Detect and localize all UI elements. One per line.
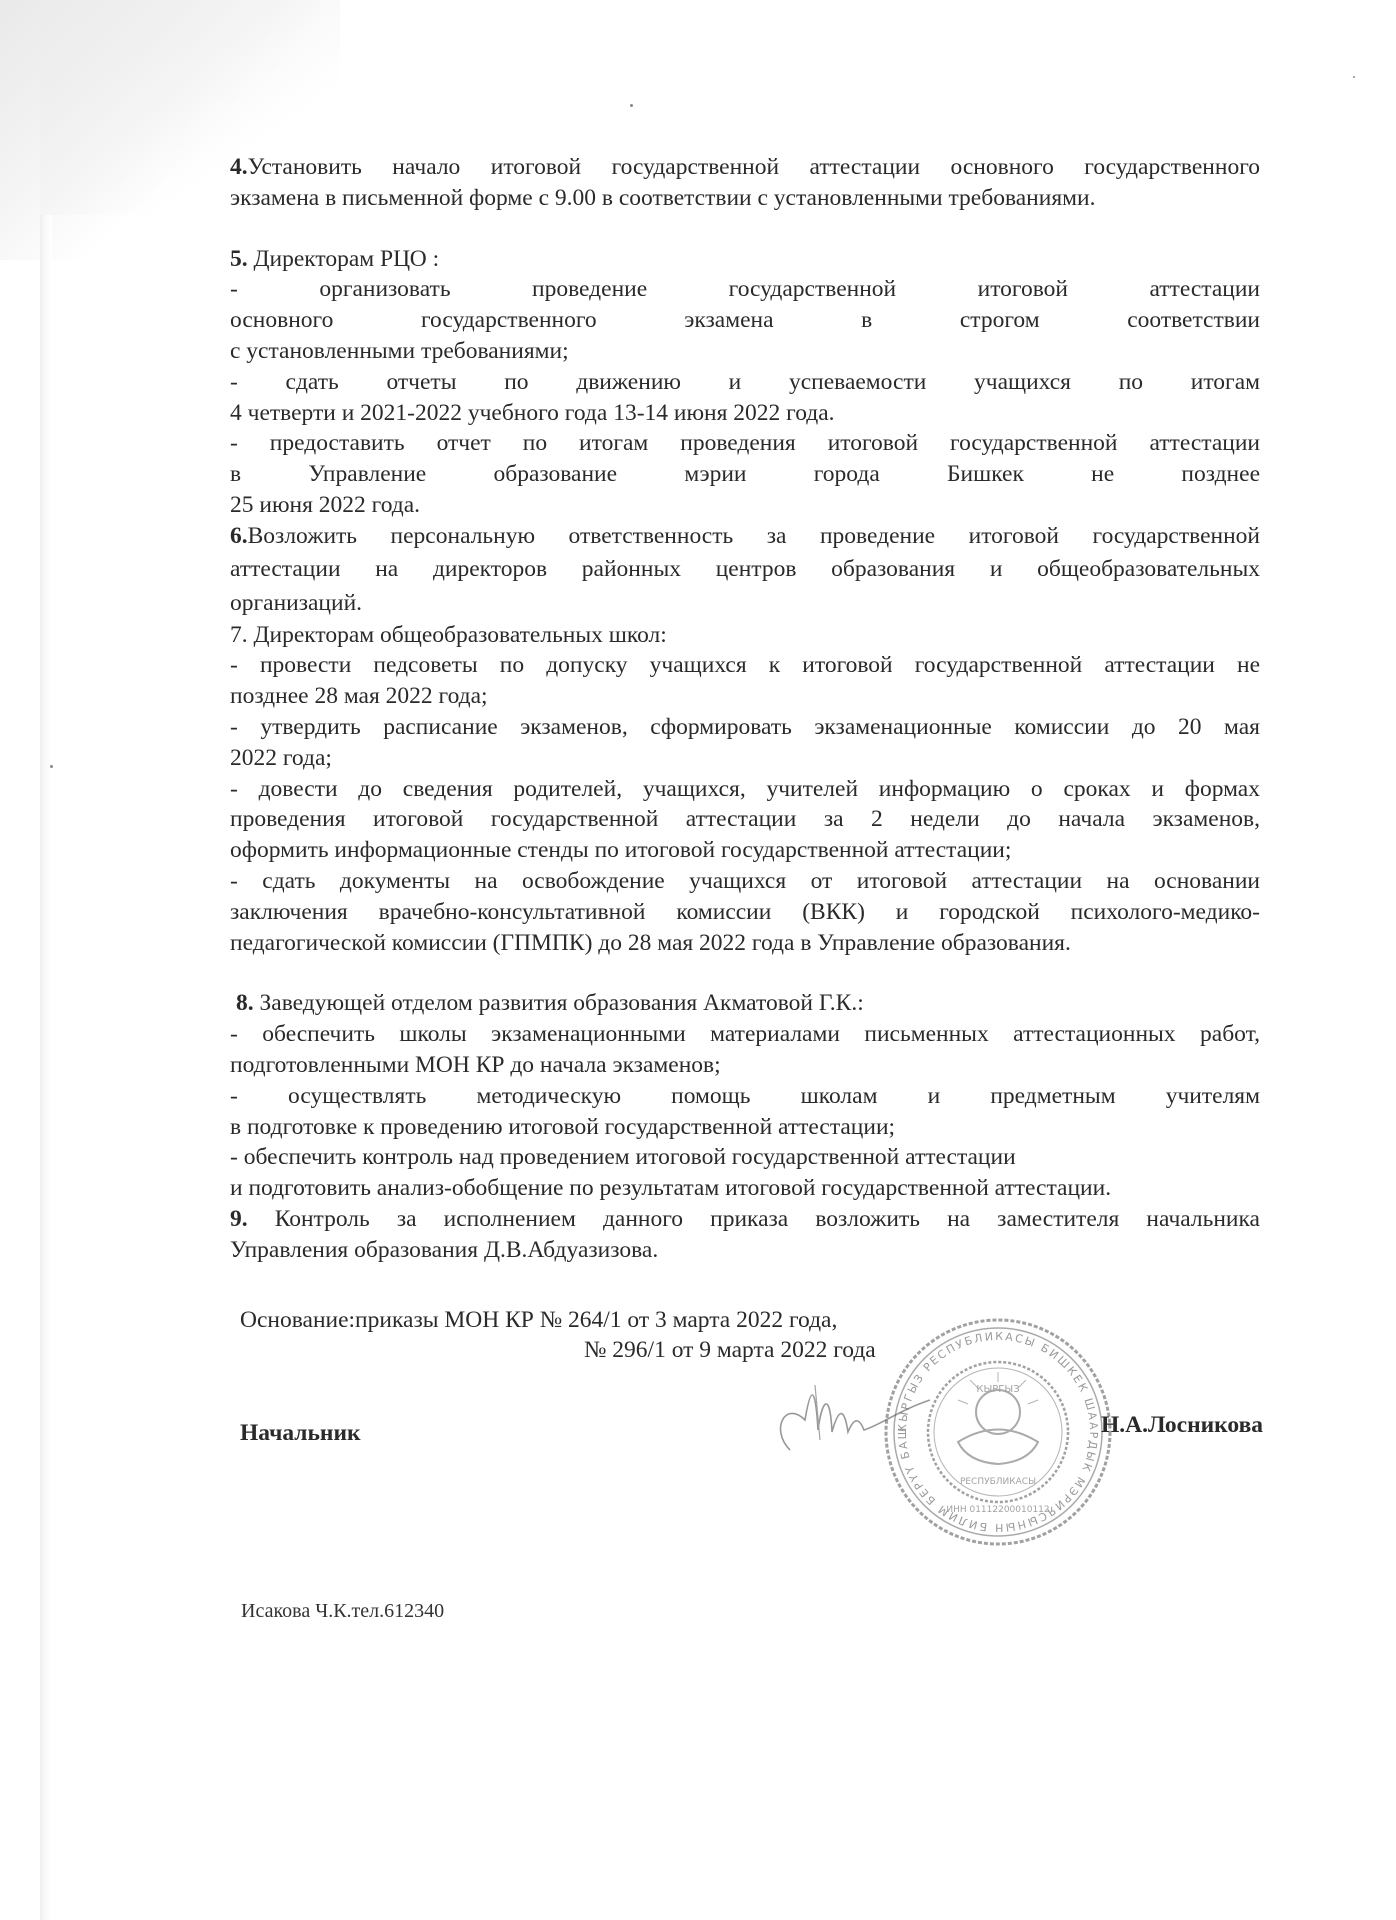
list-item-line: подготовленными МОН КР до начала экзамен… (230, 1050, 1260, 1081)
list-item-line: позднее 28 мая 2022 года; (230, 681, 1260, 712)
paragraph-text: Контроль за исполнением данного приказа … (248, 1206, 1260, 1232)
paragraph-number: 5. (230, 246, 248, 272)
signature-row: Начальник Н.А.Лосникова (240, 1412, 1290, 1492)
paragraph-heading: Директорам РЦО : (248, 246, 440, 272)
list-item-line: в подготовке к проведению итоговой госуд… (230, 1112, 1260, 1143)
list-item-line: - обеспечить школы экзаменационными мате… (230, 1019, 1260, 1050)
document-body: 4.Установить начало итоговой государстве… (230, 152, 1260, 1266)
spacer (230, 214, 1260, 244)
paragraph-heading: Заведующей отделом развития образования … (254, 990, 864, 1016)
executor-contact: Исакова Ч.К.тел.612340 (241, 1600, 444, 1623)
svg-text:КЫРГЫЗ: КЫРГЫЗ (976, 1384, 1019, 1395)
paragraph-6-line-1: 6.Возложить персональную ответственность… (230, 521, 1260, 552)
list-item-line: - довести до сведения родителей, учащихс… (230, 774, 1260, 805)
basis-block: Основание:приказы МОН КР № 264/1 от 3 ма… (240, 1305, 876, 1365)
spacer (230, 958, 1260, 988)
list-item-line: проведения итоговой государственной атте… (230, 804, 1260, 835)
signatory-name: Н.А.Лосникова (1101, 1412, 1263, 1439)
scan-speck (1353, 76, 1355, 78)
basis-line-1: Основание:приказы МОН КР № 264/1 от 3 ма… (240, 1305, 876, 1335)
paragraph-number: 9. (230, 1206, 248, 1232)
scan-speck (50, 765, 53, 768)
list-item-line: - предоставить отчет по итогам проведени… (230, 428, 1260, 459)
paragraph-6-line-3: организаций. (230, 586, 1260, 620)
paragraph-number: 8. (236, 990, 254, 1016)
paragraph-text: Возложить персональную ответственность з… (248, 523, 1260, 549)
list-item-line: 25 июня 2022 года. (230, 490, 1260, 521)
list-item-line: - утвердить расписание экзаменов, сформи… (230, 712, 1260, 743)
list-item-line: 2022 года; (230, 743, 1260, 774)
list-item-line: и подготовить анализ-обобщение по резуль… (230, 1173, 1260, 1204)
scan-speck (630, 104, 633, 107)
list-item-line: - организовать проведение государственно… (230, 274, 1260, 305)
paragraph-text: Установить начало итоговой государственн… (248, 154, 1260, 180)
paragraph-7-heading: 7. Директорам общеобразовательных школ: (230, 620, 1260, 651)
svg-text:ИНН 01112200010112: ИНН 01112200010112 (946, 1505, 1049, 1515)
list-item-line: 4 четверти и 2021-2022 учебного года 13-… (230, 398, 1260, 429)
list-item-line: - обеспечить контроль над проведением ит… (230, 1142, 1260, 1173)
list-item-line: - осуществлять методическую помощь школа… (230, 1081, 1260, 1112)
list-item-line: заключения врачебно-консультативной коми… (230, 897, 1260, 928)
paragraph-number: 7. (230, 622, 248, 648)
list-item-line: в Управление образование мэрии города Би… (230, 459, 1260, 490)
paragraph-4-line-2: экзамена в письменной форме с 9.00 в соо… (230, 183, 1260, 214)
list-item-line: основного государственного экзамена в ст… (230, 305, 1260, 336)
list-item-line: с установленными требованиями; (230, 336, 1260, 367)
list-item-line: - сдать документы на освобождение учащих… (230, 866, 1260, 897)
scan-edge (40, 215, 52, 1920)
paragraph-8-heading: 8. Заведующей отделом развития образован… (230, 988, 1260, 1019)
basis-line-2: № 296/1 от 9 марта 2022 года (240, 1335, 876, 1365)
signatory-title: Начальник (240, 1420, 361, 1447)
list-item-line: оформить информационные стенды по итогов… (230, 835, 1260, 866)
paragraph-9-line-2: Управления образования Д.В.Абдуазизова. (230, 1235, 1260, 1266)
paragraph-5-heading: 5. Директорам РЦО : (230, 244, 1260, 275)
paragraph-4-line-1: 4.Установить начало итоговой государстве… (230, 152, 1260, 183)
paragraph-number: 6. (230, 523, 248, 549)
list-item-line: - провести педсоветы по допуску учащихся… (230, 650, 1260, 681)
list-item-line: педагогической комиссии (ГПМПК) до 28 ма… (230, 928, 1260, 959)
paragraph-number: 4. (230, 154, 248, 180)
paragraph-6-line-2: аттестации на директоров районных центро… (230, 552, 1260, 586)
paragraph-heading: Директорам общеобразовательных школ: (248, 622, 667, 648)
paragraph-9-line-1: 9. Контроль за исполнением данного прика… (230, 1204, 1260, 1235)
list-item-line: - сдать отчеты по движению и успеваемост… (230, 367, 1260, 398)
